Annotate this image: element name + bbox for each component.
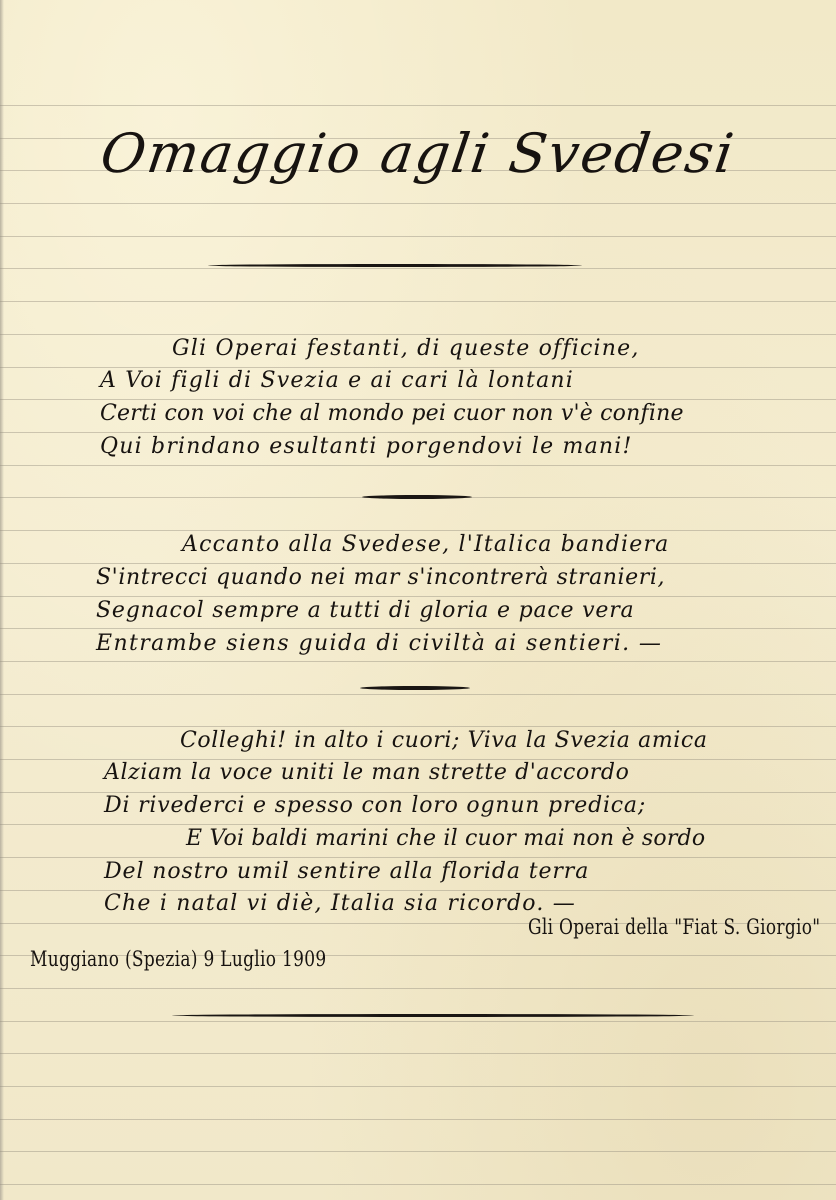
document-title: Omaggio agli Svedesi [0,122,836,185]
ruled-line [0,399,836,400]
stanza-separator [360,686,470,690]
verse-line: Del nostro umil sentire alla florida ter… [104,859,589,884]
ruled-line [0,465,836,466]
title-separator [208,264,582,267]
verse-line: A Voi figli di Svezia e ai cari là lonta… [100,368,574,393]
ruled-line [0,1053,836,1054]
ruled-line [0,857,836,858]
ruled-line [0,661,836,662]
manuscript-page: Omaggio agli Svedesi Gli Operai festanti… [0,0,836,1200]
ruled-line [0,1151,836,1152]
ruled-line [0,530,836,531]
verse-line: Alziam la voce uniti le man strette d'ac… [104,760,629,785]
signature: Gli Operai della "Fiat S. Giorgio" [528,915,820,940]
verse-line: Certi con voi che al mondo pei cuor non … [100,401,684,426]
ruled-line [0,988,836,989]
ruled-line [0,1119,836,1120]
verse-line: Qui brindano esultanti porgendovi le man… [100,434,633,459]
ruled-line [0,432,836,433]
ruled-line [0,105,836,106]
ruled-line [0,334,836,335]
ruled-line [0,1086,836,1087]
ruled-line [0,726,836,727]
ruled-line [0,236,836,237]
closing-separator [172,1014,694,1017]
ruled-line [0,1021,836,1022]
verse-line: Entrambe siens guida di civiltà ai senti… [96,631,662,656]
verse-line: Colleghi! in alto i cuori; Viva la Svezi… [180,728,708,753]
ruled-line [0,596,836,597]
verse-line: Segnacol sempre a tutti di gloria e pace… [96,598,634,623]
ruled-line [0,694,836,695]
stanza-separator [362,495,472,499]
ruled-line [0,203,836,204]
verse-line: E Voi baldi marini che il cuor mai non è… [186,826,705,851]
ruled-line [0,824,836,825]
ruled-line [0,628,836,629]
place-date: Muggiano (Spezia) 9 Luglio 1909 [30,947,326,972]
verse-line: Di rivederci e spesso con loro ognun pre… [104,793,646,818]
ruled-line [0,1184,836,1185]
ruled-line [0,268,836,269]
ruled-line [0,563,836,564]
verse-line: Che i natal vi diè, Italia sia ricordo. … [104,891,576,916]
verse-line: Gli Operai festanti, di queste officine, [172,336,640,361]
ruled-line [0,301,836,302]
verse-line: S'intrecci quando nei mar s'incontrerà s… [96,565,665,590]
verse-line: Accanto alla Svedese, l'Italica bandiera [182,532,669,557]
